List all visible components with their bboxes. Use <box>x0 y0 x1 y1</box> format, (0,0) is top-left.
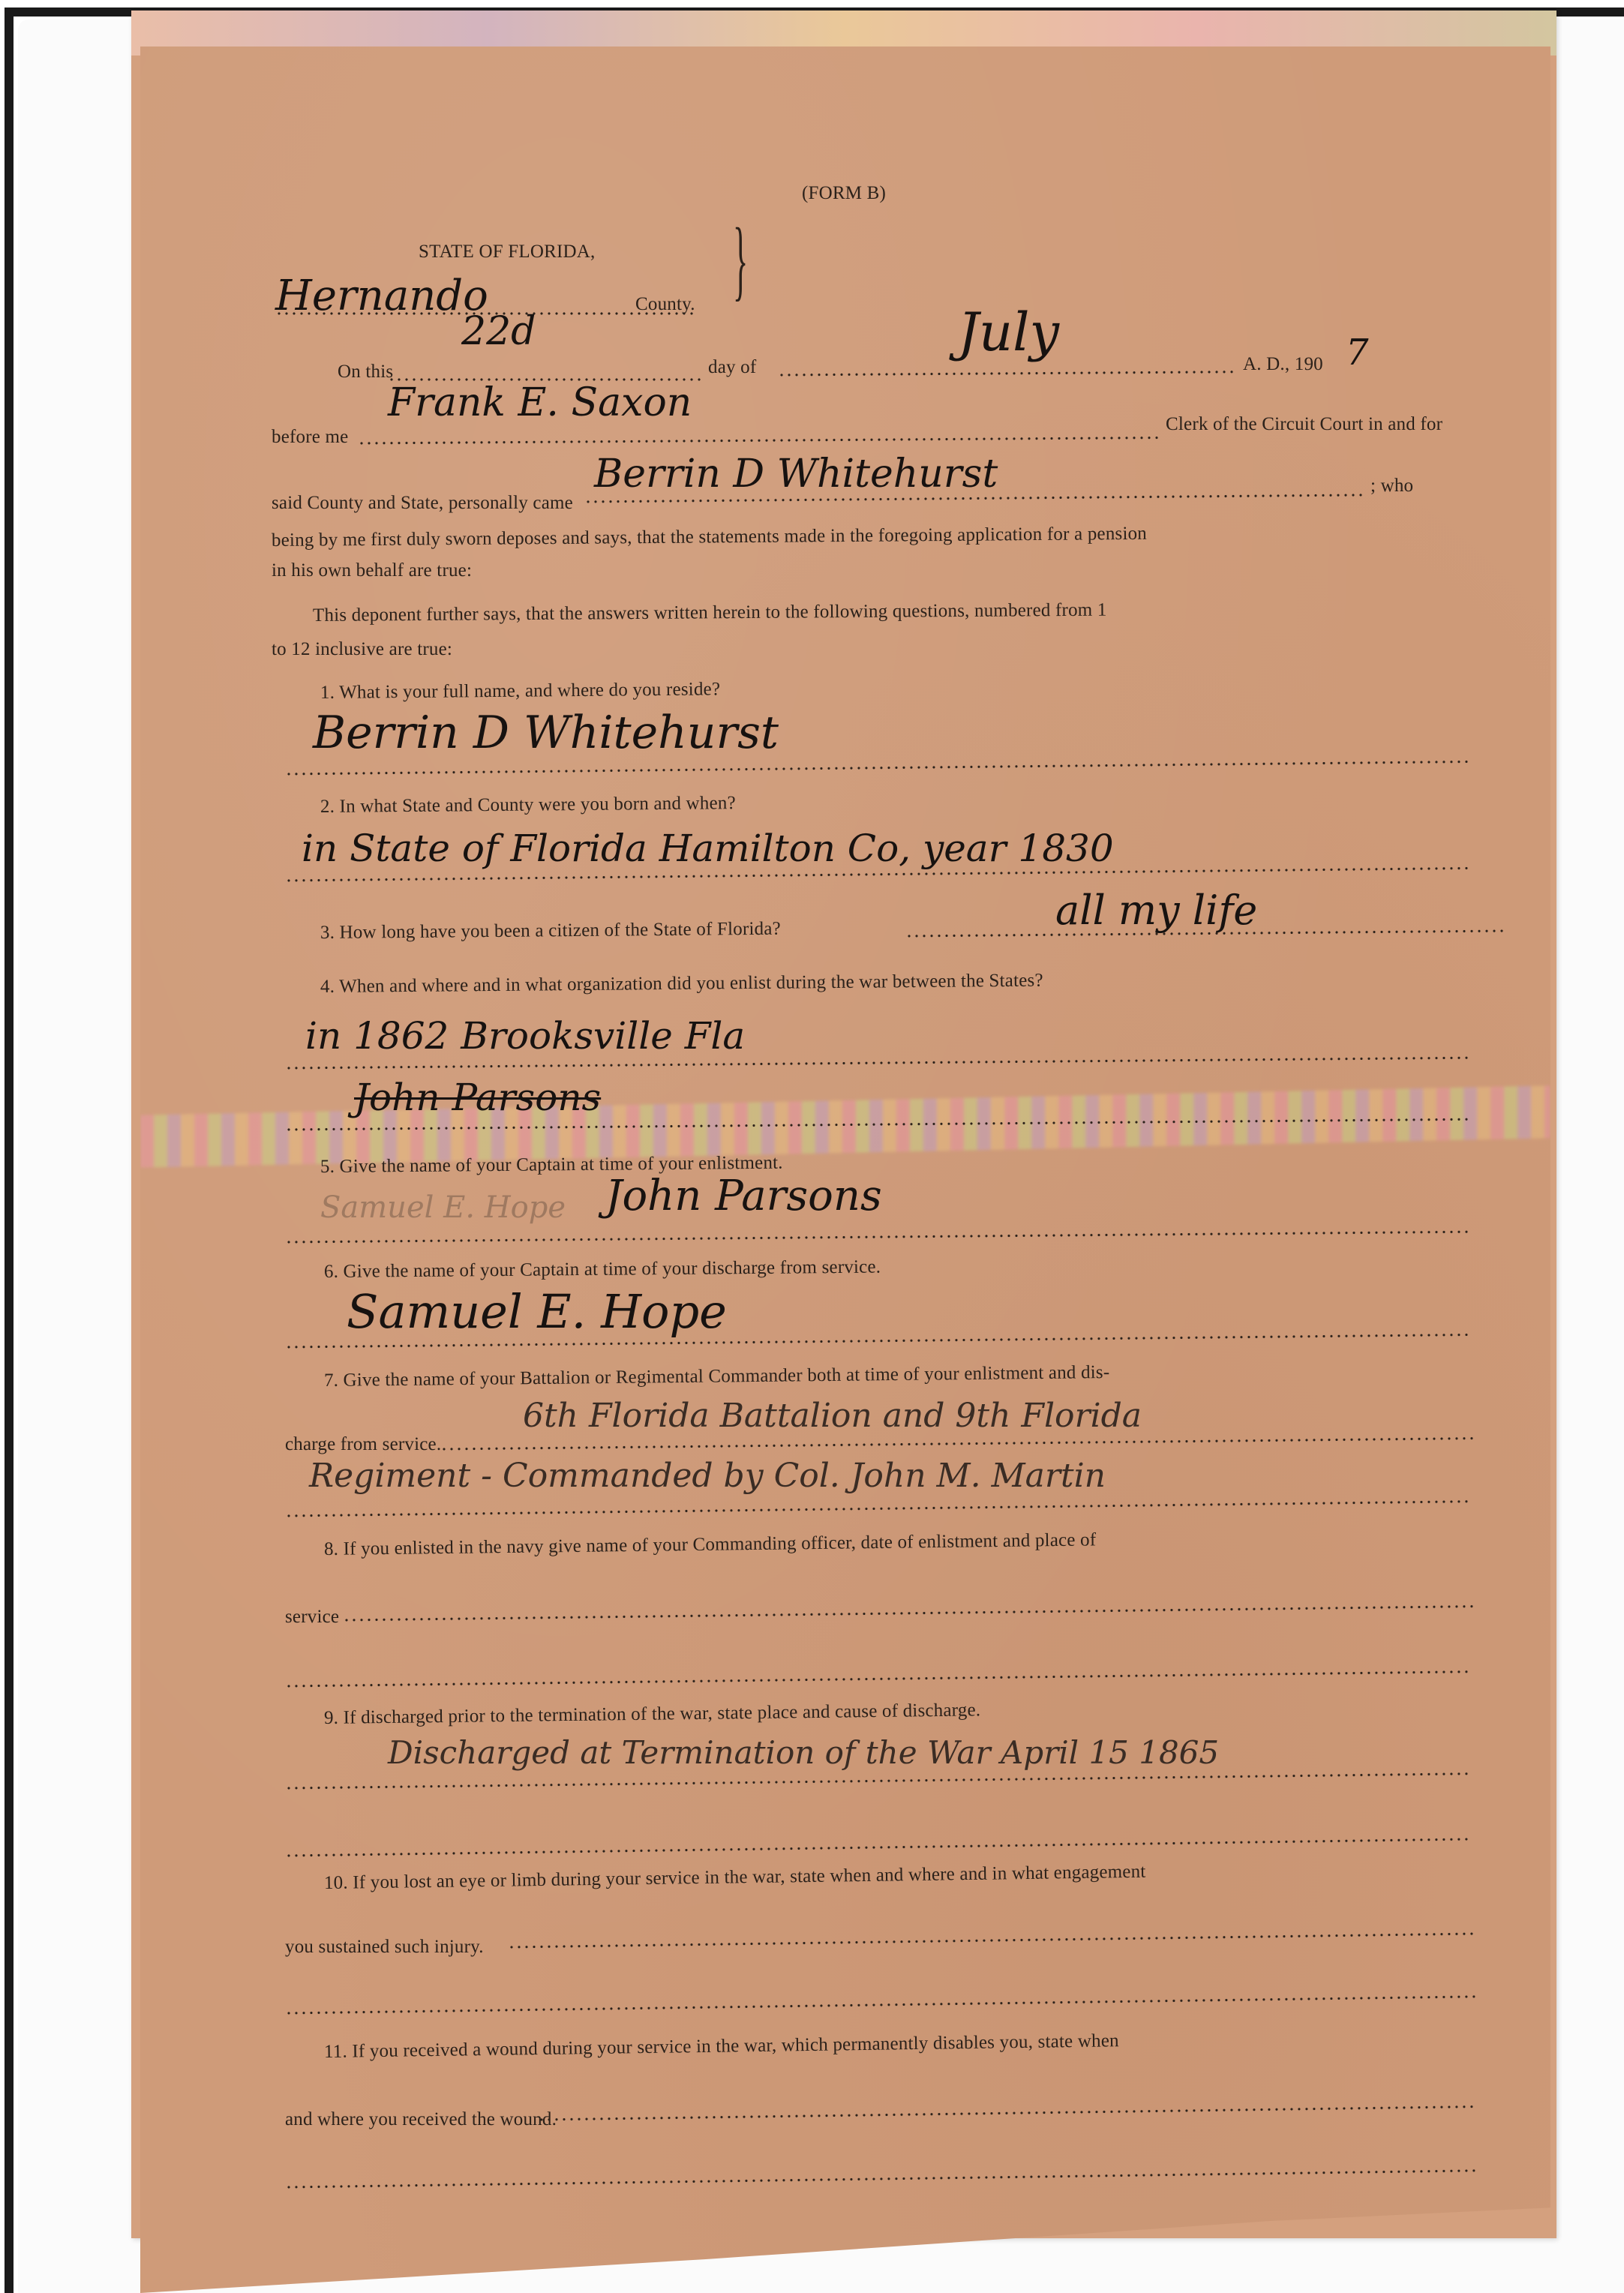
month-line <box>778 369 1235 378</box>
county-suffix: County. <box>635 294 695 315</box>
answer-5[interactable]: John Parsons <box>605 1172 882 1220</box>
answer-1-line <box>285 758 1470 777</box>
on-this-label: On this <box>338 362 393 383</box>
day-of-label: day of <box>708 357 756 378</box>
before-me-label: before me <box>272 427 348 448</box>
answer-7-line <box>440 1436 1475 1452</box>
sworn-line-2: in his own behalf are true: <box>272 560 472 581</box>
brace: } <box>733 208 748 311</box>
answer-3[interactable]: all my life <box>1055 887 1257 934</box>
sworn-line-1: being by me first duly sworn deposes and… <box>272 524 1147 551</box>
answer-6[interactable]: Samuel E. Hope <box>347 1284 727 1339</box>
answer-8-line-2 <box>285 1669 1470 1689</box>
clerk-line <box>358 435 1160 446</box>
answer-4-struck: John Parsons <box>354 1076 601 1119</box>
question-11: 11. If you received a wound during your … <box>324 2030 1119 2063</box>
question-3: 3. How long have you been a citizen of t… <box>320 919 781 944</box>
answer-8-line <box>343 1604 1475 1623</box>
state-heading: STATE OF FLORIDA, <box>419 242 595 263</box>
month-value: July <box>958 302 1059 363</box>
scanner-frame-left <box>5 9 14 2293</box>
answer-10-line-2 <box>285 1994 1478 2016</box>
form-page: (FORM B) STATE OF FLORIDA, Hernando Coun… <box>140 47 1550 2293</box>
question-10: 10. If you lost an eye or limb during yo… <box>324 1862 1146 1894</box>
question-6: 6. Give the name of your Captain at time… <box>324 1257 881 1283</box>
answer-11-line-2 <box>285 2168 1478 2190</box>
further-line-1: This deponent further says, that the ans… <box>313 600 1107 626</box>
answer-1[interactable]: Berrin D Whitehurst <box>313 707 779 759</box>
answer-10-line <box>508 1931 1475 1950</box>
answer-7[interactable]: 6th Florida Battalion and 9th Florida <box>523 1397 1142 1435</box>
deponent-value: Berrin D Whitehurst <box>594 452 998 497</box>
question-2: 2. In what State and County were you bor… <box>320 793 736 818</box>
question-11-cont: and where you received the wound. <box>285 2109 557 2130</box>
question-1: 1. What is your full name, and where do … <box>320 679 720 704</box>
question-8: 8. If you enlisted in the navy give name… <box>324 1529 1097 1560</box>
clerk-value: Frank E. Saxon <box>388 380 692 425</box>
year-digit: 7 <box>1346 332 1369 374</box>
day-value: 22d <box>461 309 536 354</box>
who-label: ; who <box>1370 476 1413 497</box>
answer-7-line-2-dots <box>285 1499 1470 1519</box>
question-9: 9. If discharged prior to the terminatio… <box>324 1700 981 1729</box>
form-content: (FORM B) STATE OF FLORIDA, Hernando Coun… <box>140 47 1550 2293</box>
further-line-2: to 12 inclusive are true: <box>272 639 452 660</box>
answer-5-line <box>285 1229 1470 1245</box>
answer-9[interactable]: Discharged at Termination of the War Apr… <box>388 1734 1219 1771</box>
answer-7-line-2[interactable]: Regiment - Commanded by Col. John M. Mar… <box>309 1457 1106 1495</box>
clerk-title: Clerk of the Circuit Court in and for <box>1166 414 1442 435</box>
answer-9-line <box>285 1771 1470 1791</box>
answer-5-erased: Samuel E. Hope <box>320 1190 566 1225</box>
question-4: 4. When and where and in what organizati… <box>320 971 1043 998</box>
question-10-cont: you sustained such injury. <box>285 1937 484 1958</box>
answer-2[interactable]: in State of Florida Hamilton Co, year 18… <box>302 827 1114 870</box>
question-7-cont: charge from service. <box>285 1434 441 1455</box>
question-8-cont: service <box>285 1607 339 1628</box>
personally-came-label: said County and State, personally came <box>272 493 573 514</box>
answer-4[interactable]: in 1862 Brooksville Fla <box>305 1014 745 1058</box>
ad-label: A. D., 190 <box>1243 354 1323 375</box>
question-7: 7. Give the name of your Battalion or Re… <box>324 1362 1110 1391</box>
answer-9-line-2 <box>285 1836 1470 1859</box>
form-label: (FORM B) <box>802 183 886 204</box>
answer-11-line <box>538 2104 1475 2123</box>
